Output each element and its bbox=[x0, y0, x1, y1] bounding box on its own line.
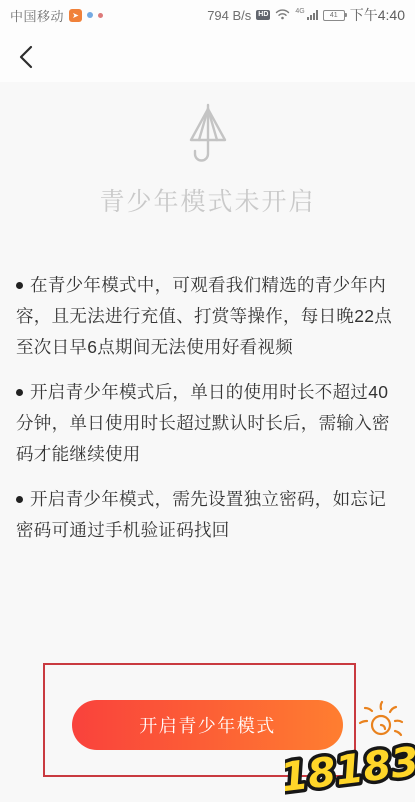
network-type-label: 4G bbox=[295, 8, 304, 15]
hd-icon: HD bbox=[256, 10, 270, 20]
bullet-dot-icon bbox=[16, 389, 23, 396]
bullet-text: 在青少年模式中，可观看我们精选的青少年内容，且无法进行充值、打赏等操作，每日晚2… bbox=[16, 275, 392, 357]
battery-icon: 41 bbox=[323, 10, 345, 21]
bullet-dot-icon bbox=[16, 282, 23, 289]
notification-dot-red-icon bbox=[98, 13, 103, 18]
status-bar: 中国移动 ➤ 794 B/s HD 4G 41 下午4:40 bbox=[0, 0, 415, 30]
network-speed-label: 794 B/s bbox=[207, 8, 251, 23]
back-button[interactable] bbox=[12, 42, 44, 72]
info-list: 在青少年模式中，可观看我们精选的青少年内容，且无法进行充值、打赏等操作，每日晚2… bbox=[0, 270, 415, 560]
site-watermark: 18183 bbox=[280, 697, 415, 802]
teen-mode-page: 中国移动 ➤ 794 B/s HD 4G 41 下午4:40 bbox=[0, 0, 415, 802]
bullet-dot-icon bbox=[16, 496, 23, 503]
page-title: 青少年模式未开启 bbox=[0, 182, 415, 218]
closed-umbrella-icon bbox=[183, 102, 233, 173]
cell-signal-icon bbox=[307, 10, 318, 20]
watermark-logo: 18183 bbox=[285, 739, 415, 802]
bullet-text: 开启青少年模式，需先设置独立密码，如忘记密码可通过手机验证码找回 bbox=[16, 489, 386, 540]
nav-bar bbox=[0, 30, 415, 82]
clock-label: 下午4:40 bbox=[350, 5, 405, 25]
watermark-text: 18183 bbox=[285, 739, 415, 801]
list-item: 在青少年模式中，可观看我们精选的青少年内容，且无法进行充值、打赏等操作，每日晚2… bbox=[16, 270, 400, 363]
list-item: 开启青少年模式，需先设置独立密码，如忘记密码可通过手机验证码找回 bbox=[16, 484, 400, 546]
list-item: 开启青少年模式后，单日的使用时长不超过40分钟，单日使用时长超过默认时长后，需输… bbox=[16, 377, 400, 470]
notification-dot-blue-icon bbox=[87, 12, 93, 18]
notification-app-icon: ➤ bbox=[69, 9, 82, 22]
carrier-label: 中国移动 bbox=[10, 6, 64, 25]
bullet-text: 开启青少年模式后，单日的使用时长不超过40分钟，单日使用时长超过默认时长后，需输… bbox=[16, 382, 390, 464]
chevron-left-icon bbox=[12, 42, 44, 72]
wifi-icon bbox=[275, 8, 290, 23]
